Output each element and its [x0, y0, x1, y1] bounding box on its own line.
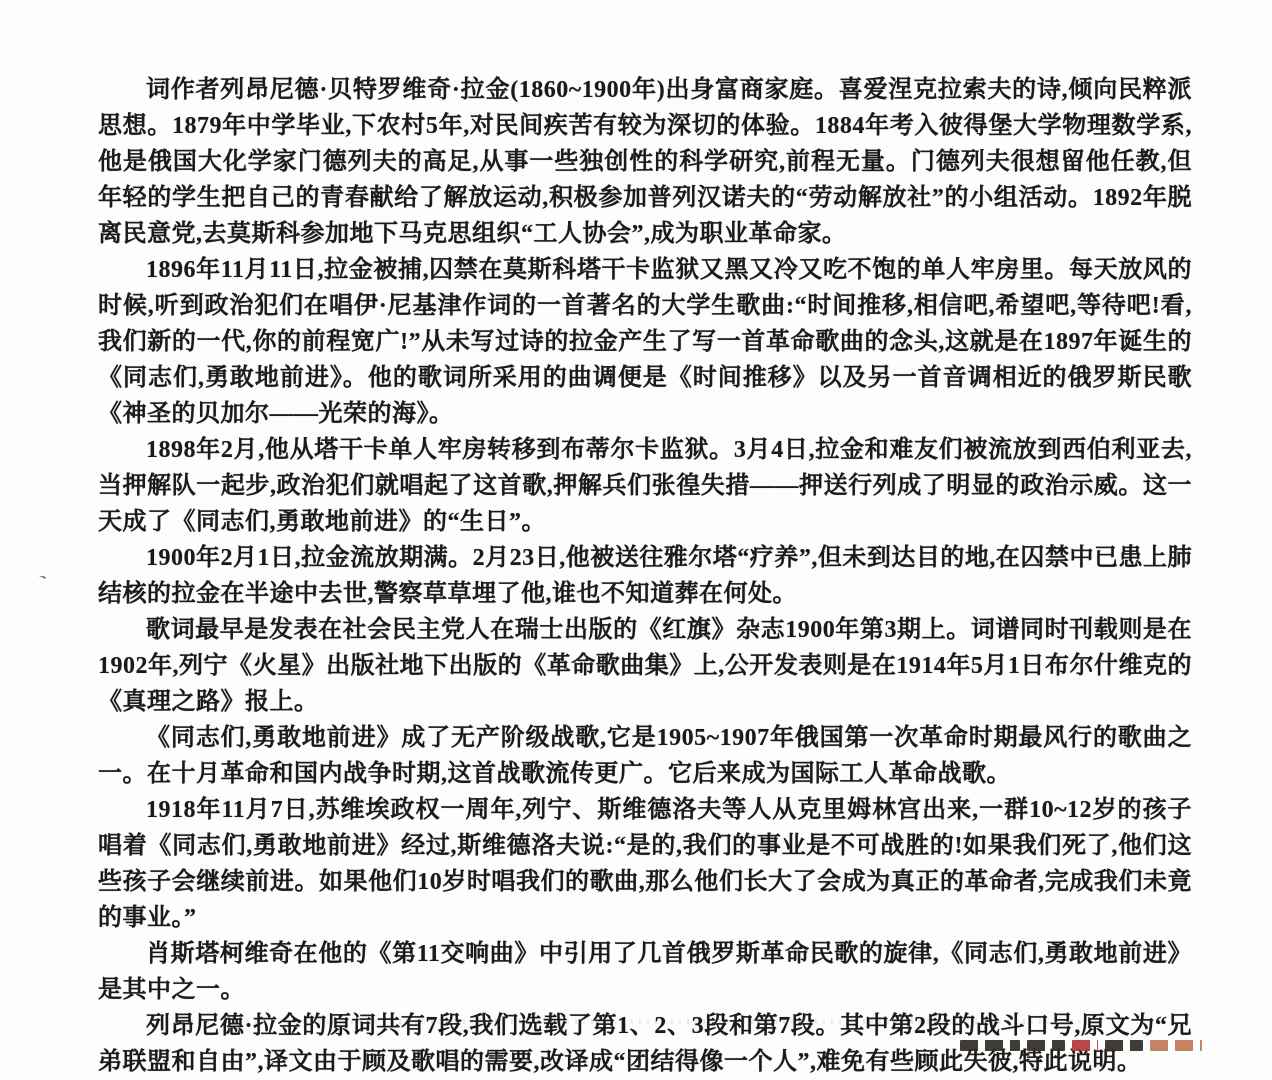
- paragraph: 1898年2月,他从塔干卡单人牢房转移到布蒂尔卡监狱。3月4日,拉金和难友们被流…: [98, 432, 1192, 540]
- watermark-fragment: [1072, 1040, 1098, 1051]
- paragraph: 《同志们,勇敢地前进》成了无产阶级战歌,它是1905~1907年俄国第一次革命时…: [98, 720, 1192, 792]
- watermark-fragment: [960, 1040, 1020, 1051]
- paragraph: 肖斯塔柯维奇在他的《第11交响曲》中引用了几首俄罗斯革命民歌的旋律,《同志们,勇…: [98, 936, 1192, 1008]
- paragraph: 1918年11月7日,苏维埃政权一周年,列宁、斯维德洛夫等人从克里姆林宫出来,一…: [98, 792, 1192, 936]
- scan-noise: [175, 1019, 1080, 1024]
- scanned-page: 词作者列昂尼德·贝特罗维奇·拉金(1860~1900年)出身富商家庭。喜爱涅克拉…: [0, 0, 1272, 1080]
- paragraph: 词作者列昂尼德·贝特罗维奇·拉金(1860~1900年)出身富商家庭。喜爱涅克拉…: [98, 72, 1192, 252]
- body-text: 词作者列昂尼德·贝特罗维奇·拉金(1860~1900年)出身富商家庭。喜爱涅克拉…: [98, 72, 1192, 1080]
- watermark-fragment: [1105, 1040, 1143, 1051]
- clipped-watermark: [960, 1040, 1202, 1054]
- handwritten-tick-mark: 、: [34, 555, 62, 584]
- watermark-fragment: [1027, 1040, 1065, 1051]
- paragraph: 歌词最早是发表在社会民主党人在瑞士出版的《红旗》杂志1900年第3期上。词谱同时…: [98, 612, 1192, 720]
- paragraph: 1896年11月11日,拉金被捕,囚禁在莫斯科塔干卡监狱又黑又冷又吃不饱的单人牢…: [98, 252, 1192, 432]
- paragraph: 1900年2月1日,拉金流放期满。2月23日,他被送往雅尔塔“疗养”,但未到达目…: [98, 540, 1192, 612]
- watermark-fragment: [1150, 1040, 1202, 1051]
